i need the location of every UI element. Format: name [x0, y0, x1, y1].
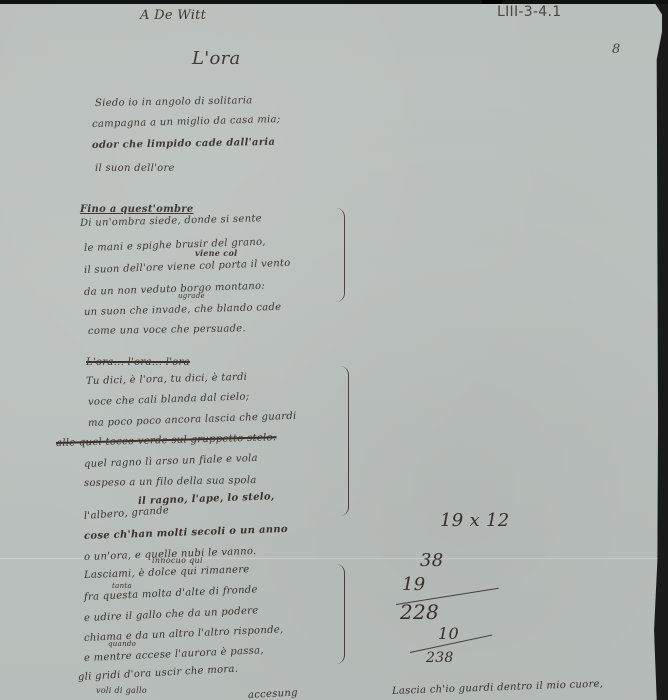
- verse-line: l'albero, grande: [84, 505, 170, 522]
- verse-line: le mani e spighe brusir del grano,: [84, 237, 266, 254]
- poem-title: L'ora: [192, 48, 241, 69]
- margin-bracket: [336, 564, 345, 664]
- subtotal: 228: [400, 600, 439, 624]
- interlinear-correction: viene col: [195, 248, 237, 258]
- verse-line: odor che limpido cade dall'aria: [92, 137, 275, 151]
- verse-line: il suon dell'ore: [95, 163, 175, 174]
- verse-line: Tu dici, è l'ora, tu dici, è tardi: [86, 372, 247, 387]
- verse-line: e mentre accese l'aurora è passa,: [84, 645, 264, 664]
- verse-line: cose ch'han molti secoli o un anno: [84, 524, 288, 542]
- total: 238: [426, 650, 454, 666]
- verse-line: e udire il gallo che da un podere: [84, 605, 259, 624]
- verse-line: gli gridi d'ora uscir che mora.: [78, 664, 239, 683]
- verse-line: da un non veduto borgo montano:: [84, 281, 265, 298]
- verse-line: o un'ora, e quelle nubi le vanno.: [84, 546, 257, 563]
- scan-border-top: [0, 0, 668, 4]
- partial-product: 19: [402, 574, 426, 595]
- verse-line: voce che cali blanda dal cielo;: [88, 391, 250, 408]
- margin-bracket: [340, 366, 349, 516]
- addend: 10: [438, 624, 459, 643]
- verse-line: voli di gallo: [96, 686, 147, 695]
- bottom-fragment: accesung: [248, 687, 298, 700]
- verse-line: il suon dell'ore viene col porta il vent…: [84, 258, 291, 276]
- verse-line: sospeso a un filo della sua spola: [84, 475, 257, 489]
- dedication: A De Witt: [140, 8, 206, 23]
- bottom-right-verse: Lascia ch'io guardi dentro il mio cuore,: [392, 679, 604, 697]
- verse-line-struck: alle quel tocco verde sul gruppetto stel…: [56, 432, 277, 449]
- verse-line: quel ragno lì arso un fiale e vola: [84, 453, 258, 470]
- interlinear-correction: tanta: [112, 582, 132, 590]
- verse-line: chiama e da un altro l'altro risponde,: [84, 624, 284, 644]
- folio-number: 8: [612, 42, 621, 57]
- interlinear-correction: quando: [108, 640, 136, 648]
- manuscript-page: A De Witt LIII-3-4.1 8 L'ora Siedo io in…: [0, 4, 662, 700]
- verse-line: come una voce che persuade.: [88, 323, 246, 337]
- verse-line-struck: L'ora... l'ora... l'ora: [86, 357, 190, 368]
- sum-rule: [396, 588, 499, 605]
- paper-fold-line: [0, 558, 662, 559]
- verse-line: fra questa molta d'alte di fronde: [84, 584, 258, 603]
- partial-product: 38: [420, 550, 444, 571]
- verse-line: ma poco poco ancora lascia che guardi: [88, 411, 297, 429]
- archive-reference: LIII-3-4.1: [497, 4, 561, 20]
- stanza-header: Fino a quest'ombre: [80, 204, 194, 215]
- verse-line: Siedo io in angolo di solitaria: [95, 95, 253, 109]
- interlinear-correction: innocuo qui: [152, 556, 203, 565]
- verse-line: il ragno, l'ape, lo stelo,: [138, 491, 275, 507]
- interlinear-correction: ugrade: [178, 292, 205, 300]
- verse-line: un suon che invade, che blando cade: [84, 302, 282, 318]
- sum-rule: [410, 635, 492, 654]
- margin-bracket: [336, 208, 345, 302]
- multiplication-expression: 19 x 12: [440, 510, 510, 531]
- verse-line: Lasciami, è dolce qui rimanere: [84, 564, 250, 581]
- verse-line: campagna a un miglio da casa mia;: [92, 114, 281, 130]
- verse-line: Di un'ombra siede, donde si sente: [80, 213, 262, 229]
